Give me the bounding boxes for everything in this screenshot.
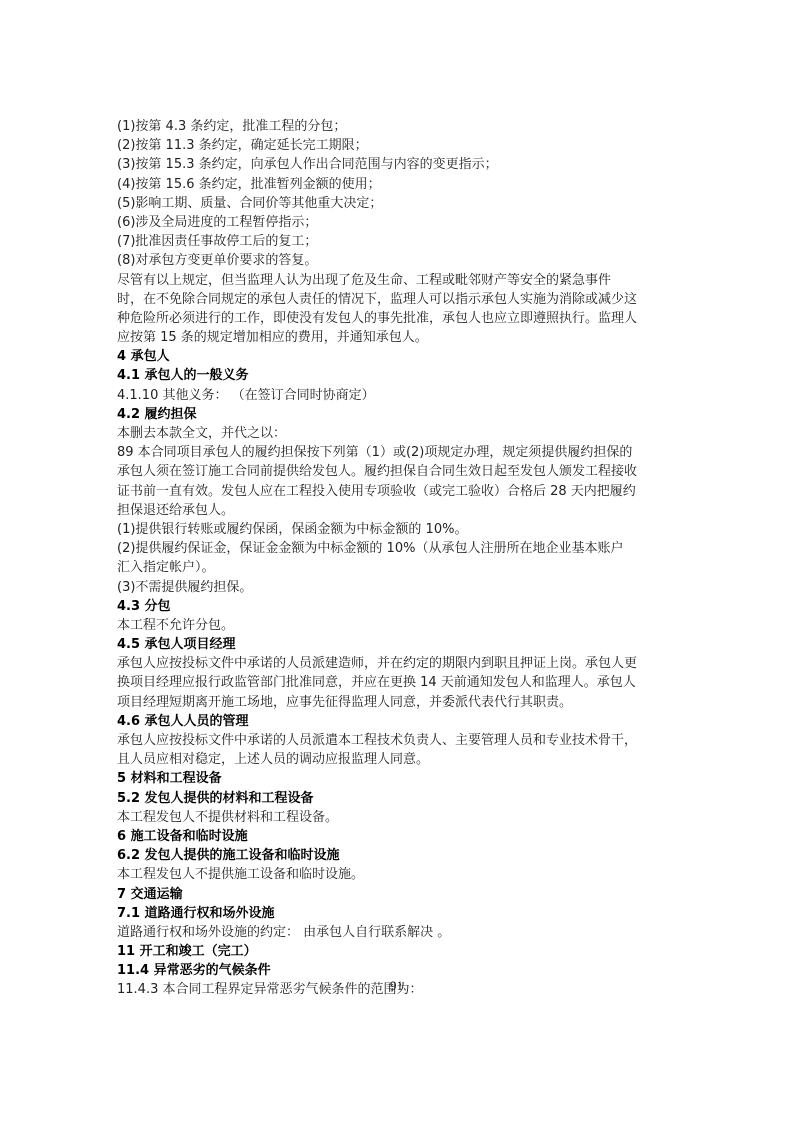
section-heading: 7.1 道路通行权和场外设施 (117, 904, 687, 923)
body-line: (1)按第 4.3 条约定，批准工程的分包； (117, 117, 687, 136)
body-line: 换项目经理应报行政监管部门批准同意，并应在更换 14 天前通知发包人和监理人。承… (117, 673, 687, 692)
body-line: (7)批准因责任事故停工后的复工； (117, 232, 687, 251)
body-line: 承包人须在签订施工合同前提供给发包人。履约担保自合同生效日起至发包人颁发工程接收 (117, 462, 687, 481)
body-line: (2)提供履约保证金，保证金金额为中标金额的 10%（从承包人注册所在地企业基本… (117, 539, 687, 558)
body-line: (5)影响工期、质量、合同价等其他重大决定； (117, 194, 687, 213)
body-line: 时，在不免除合同规定的承包人责任的情况下，监理人可以指示承包人实施为消除或减少这 (117, 290, 687, 309)
body-line: 且人员应相对稳定，上述人员的调动应报监理人同意。 (117, 750, 687, 769)
section-heading: 5 材料和工程设备 (117, 769, 687, 788)
section-heading: 6 施工设备和临时设施 (117, 827, 687, 846)
body-line: 本删去本款全文，并代之以： (117, 424, 687, 443)
body-line: (6)涉及全局进度的工程暂停指示； (117, 213, 687, 232)
body-line: 汇入指定帐户）。 (117, 558, 687, 577)
section-heading: 4 承包人 (117, 347, 687, 366)
section-heading: 4.6 承包人人员的管理 (117, 712, 687, 731)
body-line: (2)按第 11.3 条约定，确定延长完工期限； (117, 136, 687, 155)
body-line: 4.1.10 其他义务： （在签订合同时协商定） (117, 386, 687, 405)
body-line: (4)按第 15.6 条约定，批准暂列金额的使用； (117, 175, 687, 194)
body-line: 项目经理短期离开施工场地，应事先征得监理人同意，并委派代表代行其职责。 (117, 693, 687, 712)
body-line: 承包人应按投标文件中承诺的人员派建造师，并在约定的期限内到职且押证上岗。承包人更 (117, 654, 687, 673)
body-line: 尽管有以上规定，但当监理人认为出现了危及生命、工程或毗邻财产等安全的紧急事件 (117, 271, 687, 290)
section-heading: 4.1 承包人的一般义务 (117, 366, 687, 385)
body-line: 承包人应按投标文件中承诺的人员派遣本工程技术负责人、主要管理人员和专业技术骨干， (117, 731, 687, 750)
body-line: (3)不需提供履约担保。 (117, 578, 687, 597)
body-line: 担保退还给承包人。 (117, 501, 687, 520)
page-number: 91 (0, 978, 793, 994)
body-line: 本工程不允许分包。 (117, 616, 687, 635)
section-heading: 5.2 发包人提供的材料和工程设备 (117, 789, 687, 808)
section-heading: 4.5 承包人项目经理 (117, 635, 687, 654)
body-line: (8)对承包方变更单价要求的答复。 (117, 251, 687, 270)
body-line: 本工程发包人不提供材料和工程设备。 (117, 808, 687, 827)
body-line: 89 本合同项目承包人的履约担保按下列第（1）或(2)项规定办理，规定须提供履约… (117, 443, 687, 462)
section-heading: 4.2 履约担保 (117, 405, 687, 424)
body-line: 种危险所必须进行的工作，即使没有发包人的事先批准，承包人也应立即遵照执行。监理人 (117, 309, 687, 328)
section-heading: 4.3 分包 (117, 597, 687, 616)
body-line: 道路通行权和场外设施的约定： 由承包人自行联系解决 。 (117, 923, 687, 942)
body-line: 应按第 15 条的规定增加相应的费用，并通知承包人。 (117, 328, 687, 347)
body-line: (1)提供银行转账或履约保函，保函金额为中标金额的 10%。 (117, 520, 687, 539)
section-heading: 11 开工和竣工（完工） (117, 942, 687, 961)
section-heading: 7 交通运输 (117, 885, 687, 904)
body-line: 本工程发包人不提供施工设备和临时设施。 (117, 865, 687, 884)
body-line: (3)按第 15.3 条约定，向承包人作出合同范围与内容的变更指示； (117, 155, 687, 174)
section-heading: 6.2 发包人提供的施工设备和临时设施 (117, 846, 687, 865)
body-line: 证书前一直有效。发包人应在工程投入使用专项验收（或完工验收）合格后 28 天内把… (117, 482, 687, 501)
document-page: (1)按第 4.3 条约定，批准工程的分包；(2)按第 11.3 条约定，确定延… (117, 117, 687, 1000)
